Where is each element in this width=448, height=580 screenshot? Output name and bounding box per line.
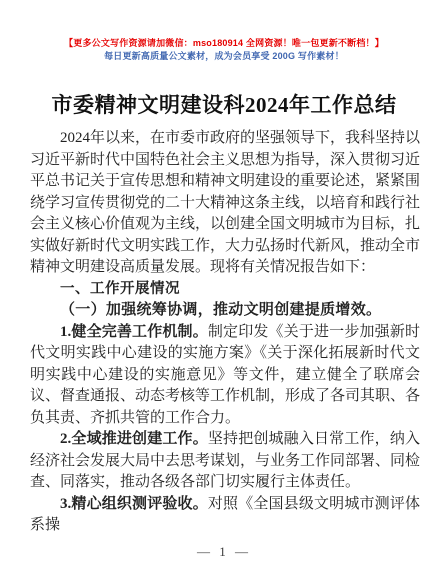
paragraph-lead: 1.健全完善工作机制。 bbox=[60, 324, 208, 340]
document-page: 【更多公文写作资源请加微信：mso180914 全网资源！唯一包更新不断档！】 … bbox=[0, 0, 448, 580]
paragraph-lead: 3.精心组织测评验收。 bbox=[60, 496, 208, 512]
paragraph-text: 2024年以来，在市委市政府的坚强领导下，我科坚持以习近平新时代中国特色社会主义… bbox=[30, 130, 420, 275]
document-body: 2024年以来，在市委市政府的坚强领导下，我科坚持以习近平新时代中国特色社会主义… bbox=[30, 128, 420, 537]
numbered-paragraph-1: 1.健全完善工作机制。制定印发《关于进一步加强新时代文明实践中心建设的实施方案》… bbox=[30, 322, 420, 430]
section-heading-label: 一、工作开展情况 bbox=[60, 281, 180, 297]
paragraph-lead: 2.全域推进创建工作。 bbox=[60, 431, 208, 447]
page-number: — 1 — bbox=[0, 544, 448, 560]
watermark-line-blue: 每日更新高质量公文素材，成为会员享受 200G 写作素材！ bbox=[0, 50, 448, 63]
numbered-paragraph-3: 3.精心组织测评验收。对照《全国县级文明城市测评体系操 bbox=[30, 494, 420, 537]
document-title: 市委精神文明建设科2024年工作总结 bbox=[14, 89, 434, 119]
watermark-banner: 【更多公文写作资源请加微信：mso180914 全网资源！唯一包更新不断档！】 … bbox=[0, 0, 448, 63]
intro-paragraph: 2024年以来，在市委市政府的坚强领导下，我科坚持以习近平新时代中国特色社会主义… bbox=[30, 128, 420, 279]
section-heading-level2: （一）加强统筹协调，推动文明创建提质增效。 bbox=[30, 300, 420, 322]
section-heading-level1: 一、工作开展情况 bbox=[30, 279, 420, 301]
numbered-paragraph-2: 2.全域推进创建工作。坚持把创城融入日常工作，纳入经济社会发展大局中去思考谋划，… bbox=[30, 429, 420, 494]
watermark-line-red: 【更多公文写作资源请加微信：mso180914 全网资源！唯一包更新不断档！】 bbox=[0, 37, 448, 50]
section-heading-label: （一）加强统筹协调，推动文明创建提质增效。 bbox=[60, 302, 381, 318]
